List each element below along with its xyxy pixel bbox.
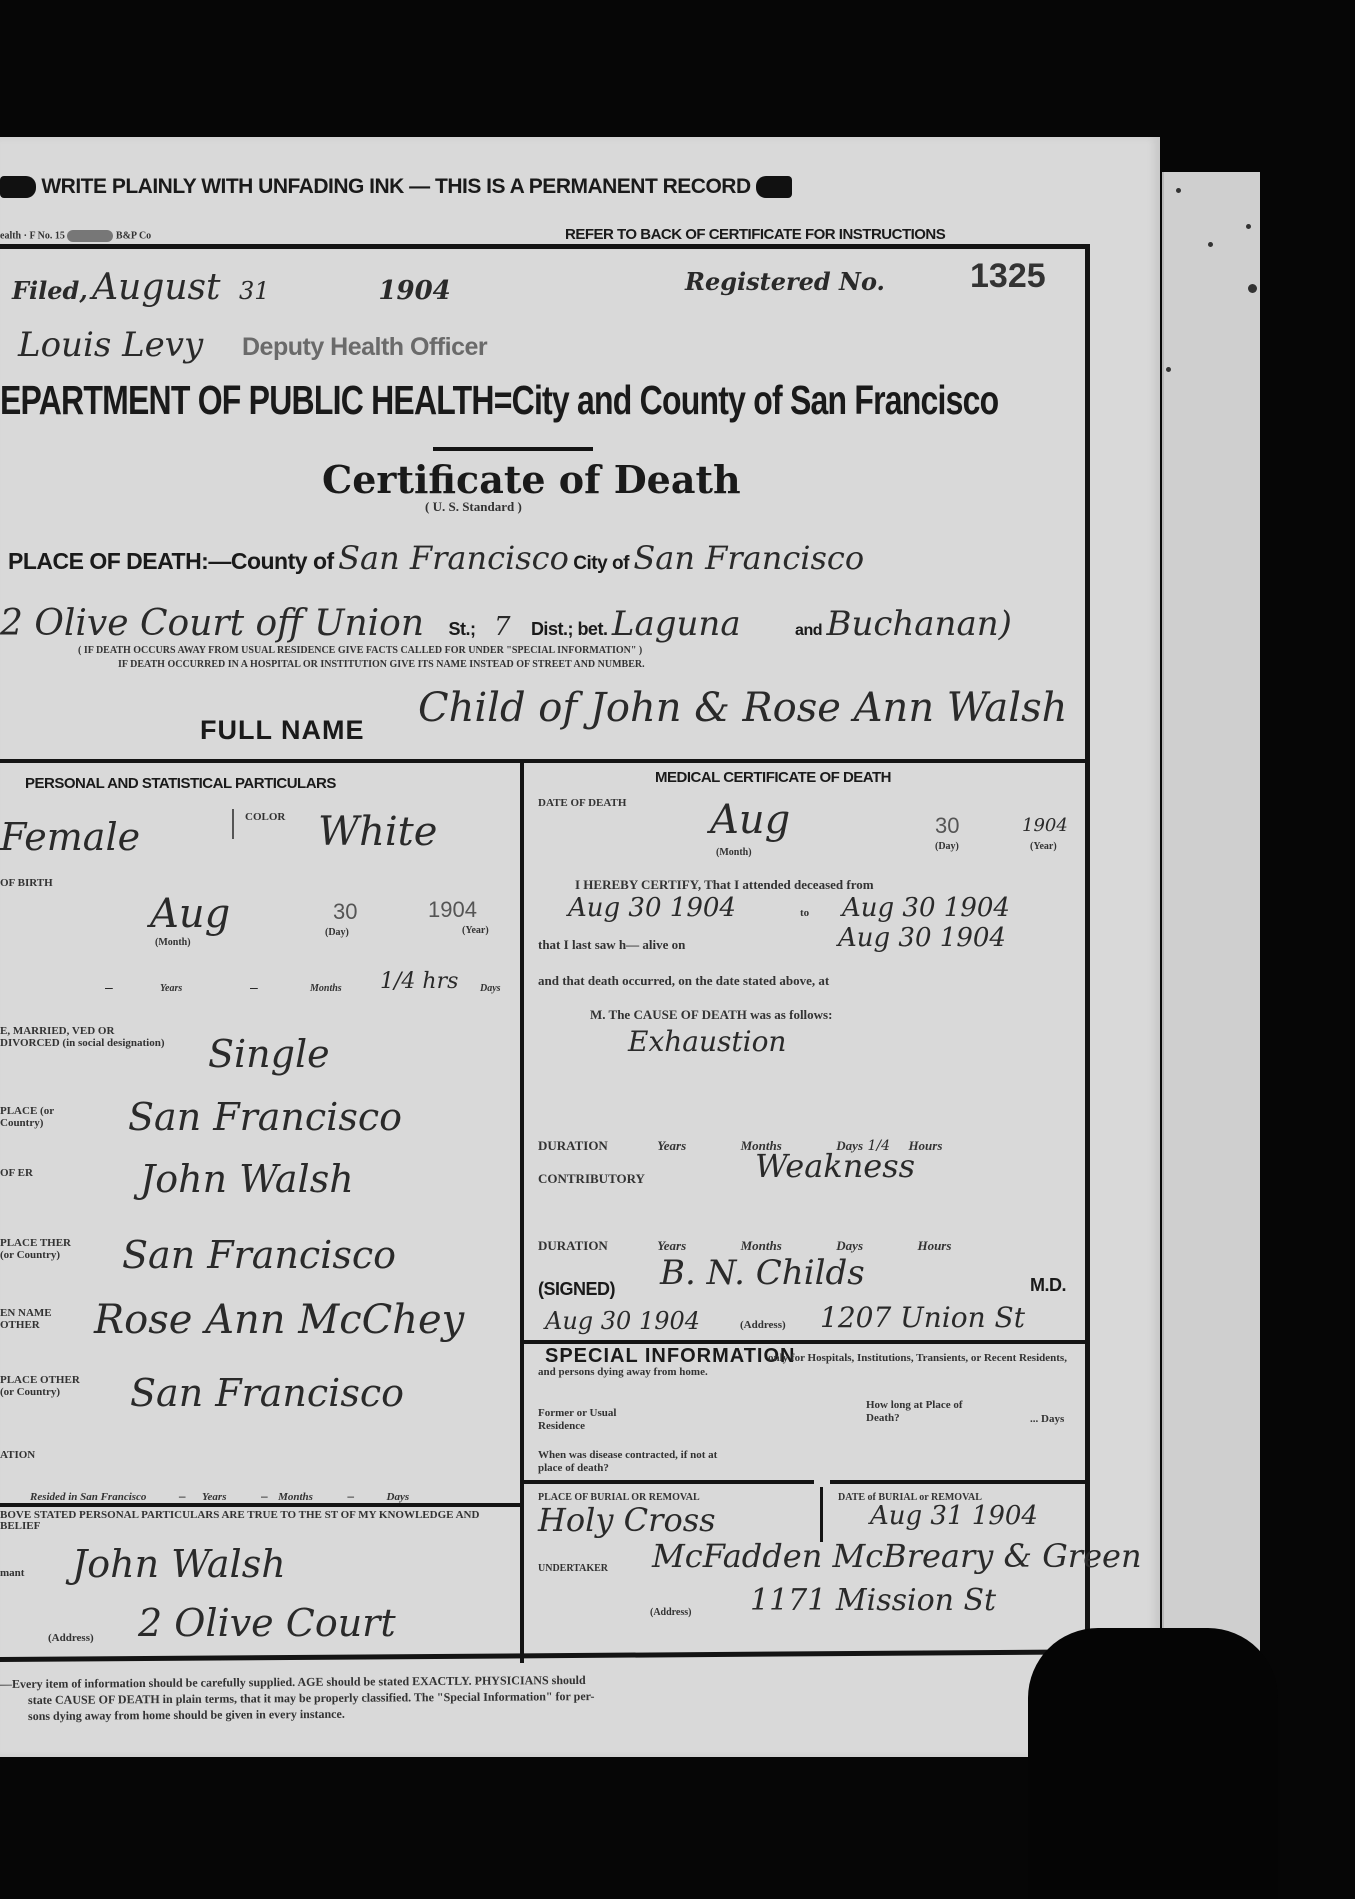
father-birthplace-label: PLACE THER (or Country) xyxy=(0,1237,80,1261)
color-value: White xyxy=(318,809,437,855)
residence-note-1: ( IF DEATH OCCURS AWAY FROM USUAL RESIDE… xyxy=(78,645,642,656)
footer-note-2: state CAUSE OF DEATH in plain terms, tha… xyxy=(28,1689,595,1708)
speck xyxy=(1176,188,1181,193)
death-month: Aug xyxy=(710,797,790,843)
how-long-label: How long at Place of Death? xyxy=(866,1399,976,1425)
registered-number: 1325 xyxy=(970,257,1046,296)
personal-attest-rule xyxy=(0,1503,520,1507)
attest-text: BOVE STATED PERSONAL PARTICULARS ARE TRU… xyxy=(0,1510,505,1532)
full-name-label: FULL NAME xyxy=(200,715,365,746)
marital-label: E, MARRIED, VED OR DIVORCED (in social d… xyxy=(0,1025,165,1049)
undertaker-address-value: 1171 Mission St xyxy=(750,1583,996,1618)
physician-address: 1207 Union St xyxy=(820,1301,1025,1334)
medical-heading: MEDICAL CERTIFICATE OF DEATH xyxy=(655,769,891,786)
death-year: 1904 xyxy=(1022,815,1068,836)
attended-from: Aug 30 1904 xyxy=(568,893,736,923)
footer-note-3: sons dying away from home should be give… xyxy=(28,1707,345,1724)
column-divider xyxy=(520,763,524,1663)
birth-label: OF BIRTH xyxy=(0,877,53,889)
physician-signature: B. N. Childs xyxy=(660,1253,865,1293)
death-certificate: WRITE PLAINLY WITH UNFADING INK — THIS I… xyxy=(0,137,1160,1757)
occupation-label: ATION xyxy=(0,1449,35,1461)
birth-month-label: (Month) xyxy=(155,937,191,948)
death-day-label: (Day) xyxy=(935,841,959,852)
contributory-value: Weakness xyxy=(755,1147,915,1185)
to-label: to xyxy=(800,907,809,919)
informant-address-label: (Address) xyxy=(48,1632,94,1644)
death-day: 30 xyxy=(935,813,959,839)
signed-label: (SIGNED) xyxy=(538,1279,615,1300)
filed-line: Filed, August 31 1904 xyxy=(12,267,451,308)
birth-day-label: (Day) xyxy=(325,927,349,938)
md-label: M.D. xyxy=(1030,1275,1066,1296)
age-months-label: Months xyxy=(310,983,342,994)
occurred-text: and that death occurred, on the date sta… xyxy=(538,973,829,989)
speck xyxy=(1166,367,1171,372)
how-long-value: ... Days xyxy=(1030,1413,1064,1425)
cause-value: Exhaustion xyxy=(628,1025,786,1058)
cause-text: M. The CAUSE OF DEATH was as follows: xyxy=(590,1007,832,1023)
informant-address-value: 2 Olive Court xyxy=(138,1601,396,1645)
residence-note-2: IF DEATH OCCURRED IN A HOSPITAL OR INSTI… xyxy=(118,659,645,670)
contracted-label: When was disease contracted, if not at p… xyxy=(538,1449,738,1475)
scanner-thumb-shadow xyxy=(1028,1628,1278,1899)
birth-day: 30 xyxy=(333,899,357,925)
special-rule xyxy=(524,1340,1085,1344)
place-of-death-line: PLACE OF DEATH:—County of San Francisco … xyxy=(8,539,864,577)
personal-heading: PERSONAL AND STATISTICAL PARTICULARS xyxy=(25,775,336,792)
age-days-label: Days xyxy=(480,983,501,994)
underlying-page xyxy=(1162,172,1260,1812)
signed-date: Aug 30 1904 xyxy=(545,1307,700,1335)
father-birthplace-value: San Francisco xyxy=(122,1233,396,1277)
age-years: – xyxy=(105,979,113,995)
officer-title-stamp: Deputy Health Officer xyxy=(242,333,487,362)
attended-to: Aug 30 1904 xyxy=(842,893,1010,923)
informant-label: mant xyxy=(0,1567,24,1579)
officer-signature: Louis Levy xyxy=(18,325,203,365)
burial-rule-right xyxy=(830,1480,1085,1484)
sex-value: Female xyxy=(0,815,140,859)
instructions-ref: REFER TO BACK OF CERTIFICATE FOR INSTRUC… xyxy=(565,226,945,243)
sex-color-divider xyxy=(232,809,234,839)
certificate-title: Certificate of Death xyxy=(322,457,741,502)
speck xyxy=(1208,242,1213,247)
birthplace-value: San Francisco xyxy=(128,1095,402,1139)
undertaker-label: UNDERTAKER xyxy=(538,1563,608,1574)
pointing-hand-icon xyxy=(0,176,36,198)
birthplace-label: PLACE (or Country) xyxy=(0,1105,80,1129)
mother-value: Rose Ann McChey xyxy=(94,1297,464,1343)
street-line: 2 Olive Court off Union St.; 7 Dist.; be… xyxy=(0,603,1012,644)
physician-address-label: (Address) xyxy=(740,1319,786,1331)
burial-divider xyxy=(820,1487,823,1542)
age-days: 1/4 hrs xyxy=(380,969,458,994)
full-name-value: Child of John & Rose Ann Walsh xyxy=(418,685,1067,731)
informant-value: John Walsh xyxy=(72,1542,286,1586)
birth-month: Aug xyxy=(150,891,230,937)
speck xyxy=(1246,224,1251,229)
burial-rule-left xyxy=(524,1480,814,1484)
section-rule xyxy=(0,759,1085,763)
union-label-icon xyxy=(67,230,113,242)
frame-bottom xyxy=(0,1649,1085,1662)
birth-year-label: (Year) xyxy=(462,925,489,936)
undertaker-address-label: (Address) xyxy=(650,1607,691,1618)
death-month-label: (Month) xyxy=(716,847,752,858)
frame-right xyxy=(1085,244,1090,1662)
marital-value: Single xyxy=(208,1032,330,1076)
last-saw-text: that I last saw h— alive on xyxy=(538,937,685,953)
pointing-hand-icon xyxy=(756,176,792,198)
death-year-label: (Year) xyxy=(1030,841,1057,852)
burial-date-value: Aug 31 1904 xyxy=(870,1501,1038,1531)
mother-birthplace-label: PLACE OTHER (or Country) xyxy=(0,1374,82,1398)
former-residence-label: Former or Usual Residence xyxy=(538,1407,618,1433)
death-date-label: DATE OF DEATH xyxy=(538,797,626,809)
special-note: only for Hospitals, Institutions, Transi… xyxy=(538,1351,1078,1379)
us-standard: ( U. S. Standard ) xyxy=(425,499,522,515)
registered-label: Registered No. xyxy=(685,267,885,296)
last-saw-value: Aug 30 1904 xyxy=(838,923,1006,953)
frame-top xyxy=(0,244,1090,249)
warning-banner: WRITE PLAINLY WITH UNFADING INK — THIS I… xyxy=(0,175,792,199)
color-label: COLOR xyxy=(245,811,285,823)
birth-year: 1904 xyxy=(428,897,477,923)
speck xyxy=(1248,284,1257,293)
mother-label: EN NAME OTHER xyxy=(0,1307,80,1331)
department-heading: EPARTMENT OF PUBLIC HEALTH=City and Coun… xyxy=(0,377,998,424)
certify-text: I HEREBY CERTIFY, That I attended deceas… xyxy=(575,877,874,893)
burial-place-value: Holy Cross xyxy=(538,1501,716,1539)
father-label: OF ER xyxy=(0,1167,40,1179)
contributory-label: CONTRIBUTORY xyxy=(538,1171,645,1187)
age-months: – xyxy=(250,979,258,995)
undertaker-value: McFadden McBreary & Green xyxy=(652,1537,1142,1575)
title-divider xyxy=(433,447,593,451)
mother-birthplace-value: San Francisco xyxy=(130,1371,404,1415)
age-years-label: Years xyxy=(160,983,182,994)
father-value: John Walsh xyxy=(140,1157,354,1201)
form-code: ealth · F No. 15 B&P Co xyxy=(0,230,151,242)
